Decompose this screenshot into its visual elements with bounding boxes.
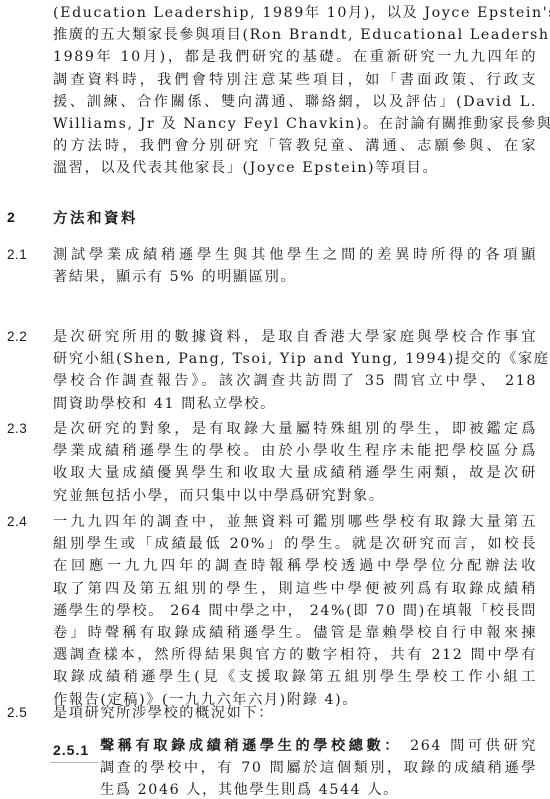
text-line: 1989年 10月)，都是我們研究的基礎。在重新研究一九九四年的 <box>53 46 537 68</box>
scan-artifact-line <box>50 762 98 763</box>
paragraph-number: 2.5 <box>7 705 27 720</box>
text-line: 取了第四及第五組別的學生，則這些中學便被列爲有取錄成績稍 <box>53 578 537 600</box>
text-line: 遜學生的學校。 264 間中學之中， 24%(即 70 間)在填報「校長問 <box>53 600 537 622</box>
text-line: 援、訓練、合作關係、雙向溝通、聯絡網，以及評估」(David L. <box>53 91 537 113</box>
text-line: 學業成績稍遜學生的學校。由於小學收生程序未能把學校區分爲 <box>53 440 537 462</box>
text-line: 著結果，顯示有 5% 的明顯區別。 <box>53 266 537 288</box>
section-number: 2 <box>7 209 15 225</box>
text-line: 在回應一九九四年的調查時報稱學校透過中學學位分配辦法收 <box>53 555 537 577</box>
text-line: 是次研究所用的數據資料，是取自香港大學家庭與學校合作事宜 <box>53 326 537 348</box>
paragraph-2-3: 是次研究的對象，是有取錄大量屬特殊組別的學生，即被鑑定爲 學業成績稍遜學生的學校… <box>53 418 537 507</box>
subparagraph-number: 2.5.1 <box>53 742 89 758</box>
paragraph-2-2: 是次研究所用的數據資料，是取自香港大學家庭與學校合作事宜 研究小組(Shen, … <box>53 326 537 415</box>
paragraph-number: 2.4 <box>7 514 27 529</box>
text-line: 的方法時，我們會分別研究「管教兒童、溝通、志願參與、在家 <box>53 135 537 157</box>
text-line: Williams, Jr 及 Nancy Feyl Chavkin)。在討論有關… <box>53 113 537 135</box>
text-line: 研究小組(Shen, Pang, Tsoi, Yip and Yung, 199… <box>53 348 537 370</box>
paragraph-number: 2.2 <box>7 329 27 344</box>
text-line: 生爲 2046 人，其他學生則爲 4544 人。 <box>100 779 537 799</box>
intro-paragraph: (Education Leadership, 1989年 10月)，以及 Joy… <box>53 2 537 180</box>
paragraph-number: 2.3 <box>7 421 27 436</box>
text-line: 選調查樣本，然所得結果與官方的數字相符，共有 212 間中學有 <box>53 644 537 666</box>
subparagraph-bold-lead: 聲稱有取錄成績稍遜學生的學校總數： <box>100 738 402 754</box>
subparagraph-2-5-1: 聲稱有取錄成績稍遜學生的學校總數： 264 間可供研究 調查的學校中，有 70 … <box>100 735 537 799</box>
section-title: 方法和資料 <box>53 207 138 228</box>
text-line: 聲稱有取錄成績稍遜學生的學校總數： 264 間可供研究 <box>100 735 537 757</box>
document-page: (Education Leadership, 1989年 10月)，以及 Joy… <box>0 0 550 799</box>
text-line: 是項研究所涉學校的概況如下： <box>53 702 537 724</box>
text-line: 卷」時聲稱有取錄成績稍遜學生。儘管是靠賴學校自行申報來揀 <box>53 622 537 644</box>
paragraph-2-1: 測試學業成績稍遜學生與其他學生之間的差異時所得的各項顯 著結果，顯示有 5% 的… <box>53 244 537 288</box>
paragraph-2-4: 一九九四年的調查中，並無資料可鑑別哪些學校有取錄大量第五 組別學生或「成績最低 … <box>53 511 537 711</box>
text-line: 調查資料時，我們會特別注意某些項目，如「書面政策、行政支 <box>53 69 537 91</box>
text-line: 測試學業成績稍遜學生與其他學生之間的差異時所得的各項顯 <box>53 244 537 266</box>
text-line: 組別學生或「成績最低 20%」的學生。就是次研究而言，如校長 <box>53 533 537 555</box>
text-line: 溫習，以及代表其他家長」(Joyce Epstein)等項目。 <box>53 157 537 179</box>
text-fragment: 264 間可供研究 <box>402 738 537 754</box>
text-line: 調查的學校中，有 70 間屬於這個類別，取錄的成績稍遜學 <box>100 757 537 779</box>
paragraph-2-5: 是項研究所涉學校的概況如下： <box>53 702 537 724</box>
text-line: 是次研究的對象，是有取錄大量屬特殊組別的學生，即被鑑定爲 <box>53 418 537 440</box>
text-line: 一九九四年的調查中，並無資料可鑑別哪些學校有取錄大量第五 <box>53 511 537 533</box>
text-line: 收取大量成績優異學生和收取大量成績稍遜學生兩類，故是次研 <box>53 462 537 484</box>
text-line: 推廣的五大類家長參與項目(Ron Brandt, Educational Lea… <box>53 24 537 46</box>
text-line: 學校合作調查報告》。該次調查共訪問了 35 間官立中學、 218 <box>53 370 537 392</box>
text-line: 間資助學校和 41 間私立學校。 <box>53 393 537 415</box>
paragraph-number: 2.1 <box>7 247 27 262</box>
text-line: (Education Leadership, 1989年 10月)，以及 Joy… <box>53 2 537 24</box>
text-line: 究並無包括小學，而只集中以中學爲研究對象。 <box>53 485 537 507</box>
text-line: 取錄成績稍遜學生(見《支援取錄第五組別學生學校工作小組工 <box>53 666 537 688</box>
